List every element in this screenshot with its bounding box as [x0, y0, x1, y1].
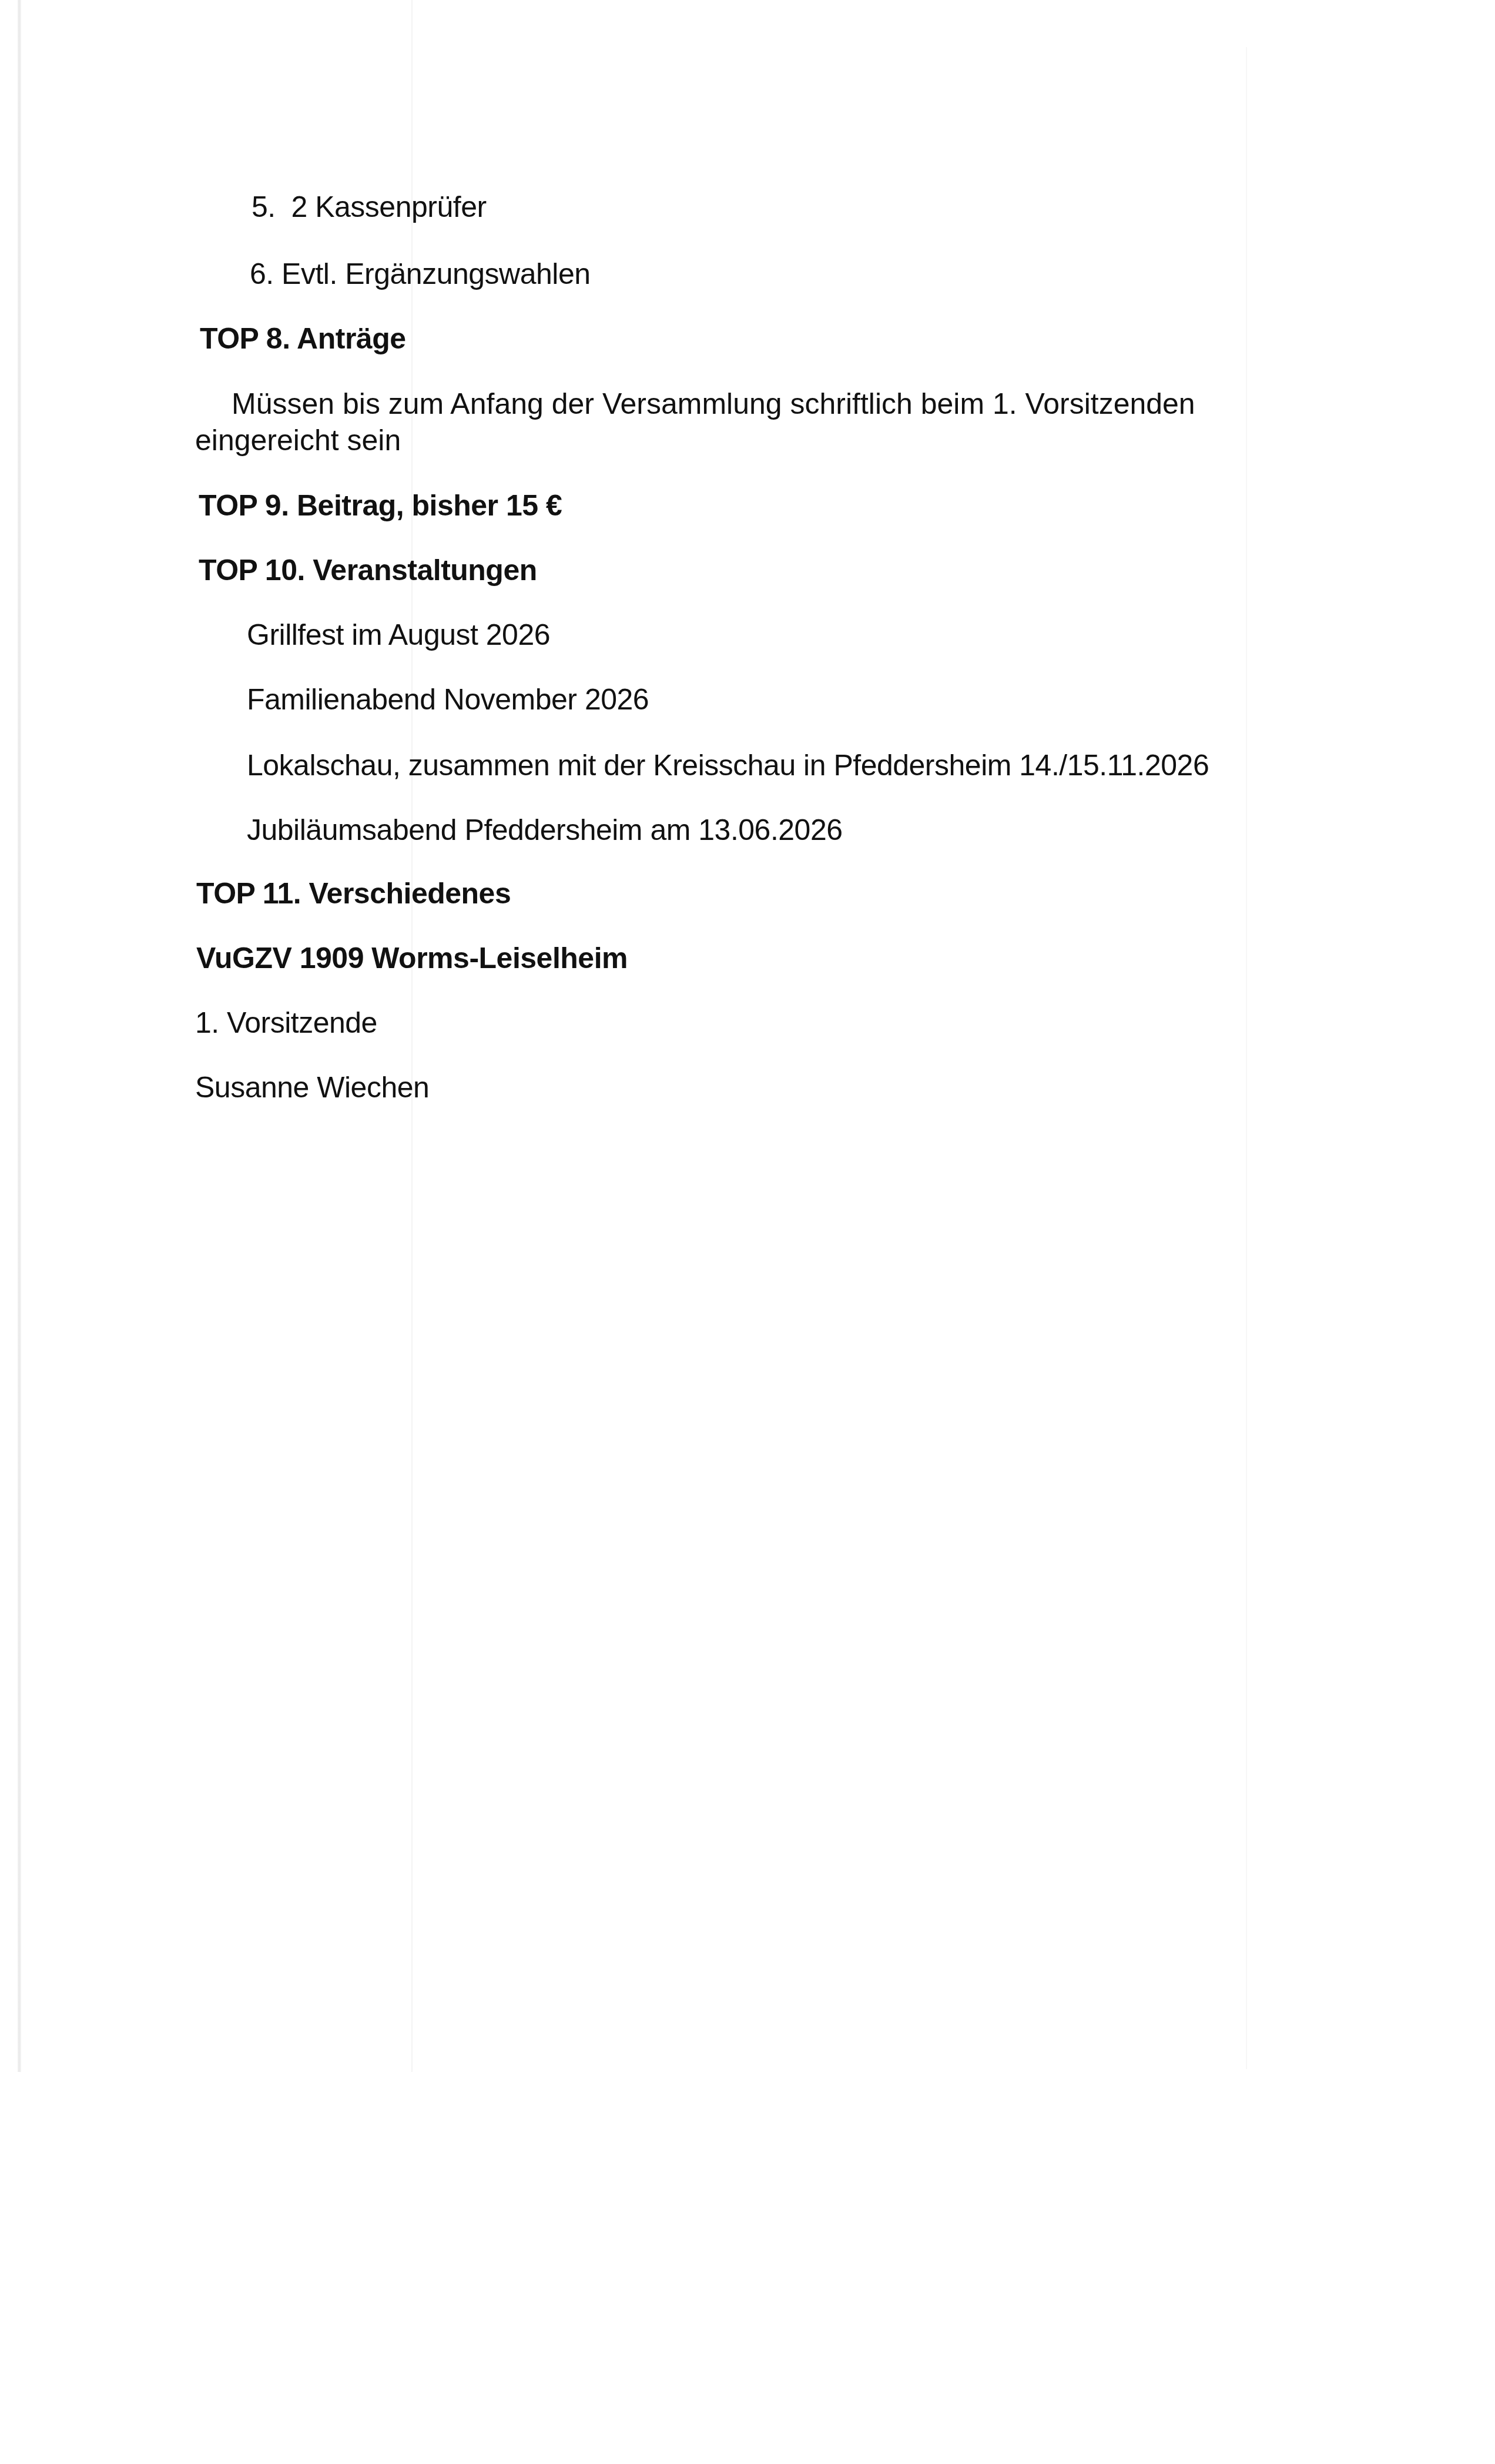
section-heading-top10: TOP 10. Veranstaltungen: [199, 553, 537, 588]
section-heading-top11: TOP 11. Verschiedenes: [196, 876, 511, 911]
signature-role: 1. Vorsitzende: [195, 1005, 377, 1040]
list-item-text: 2 Kassenprüfer: [291, 190, 487, 223]
document-page: 5. 2 Kassenprüfer 6. Evtl. Ergänzungswah…: [0, 0, 1495, 2464]
section-heading-top8: TOP 8. Anträge: [200, 321, 406, 356]
event-item: Jubiläumsabend Pfeddersheim am 13.06.202…: [247, 812, 843, 848]
signature-name: Susanne Wiechen: [195, 1070, 429, 1105]
signature-organization: VuGZV 1909 Worms-Leiselheim: [196, 940, 628, 976]
event-item: Familienabend November 2026: [247, 682, 649, 717]
list-item-number: 5.: [252, 190, 276, 223]
section-body-top8: Müssen bis zum Anfang der Versammlung sc…: [195, 386, 1241, 458]
list-item-6: 6. Evtl. Ergänzungswahlen: [250, 256, 591, 292]
list-item-5: 5. 2 Kassenprüfer: [252, 189, 487, 225]
paragraph-text: Müssen bis zum Anfang der Versammlung sc…: [195, 387, 1195, 457]
event-item: Lokalschau, zusammen mit der Kreisschau …: [247, 748, 1209, 783]
list-item-text: Evtl. Ergänzungswahlen: [281, 257, 590, 290]
list-item-number: 6.: [250, 257, 274, 290]
section-heading-top9: TOP 9. Beitrag, bisher 15 €: [199, 488, 562, 523]
event-item: Grillfest im August 2026: [247, 617, 550, 652]
